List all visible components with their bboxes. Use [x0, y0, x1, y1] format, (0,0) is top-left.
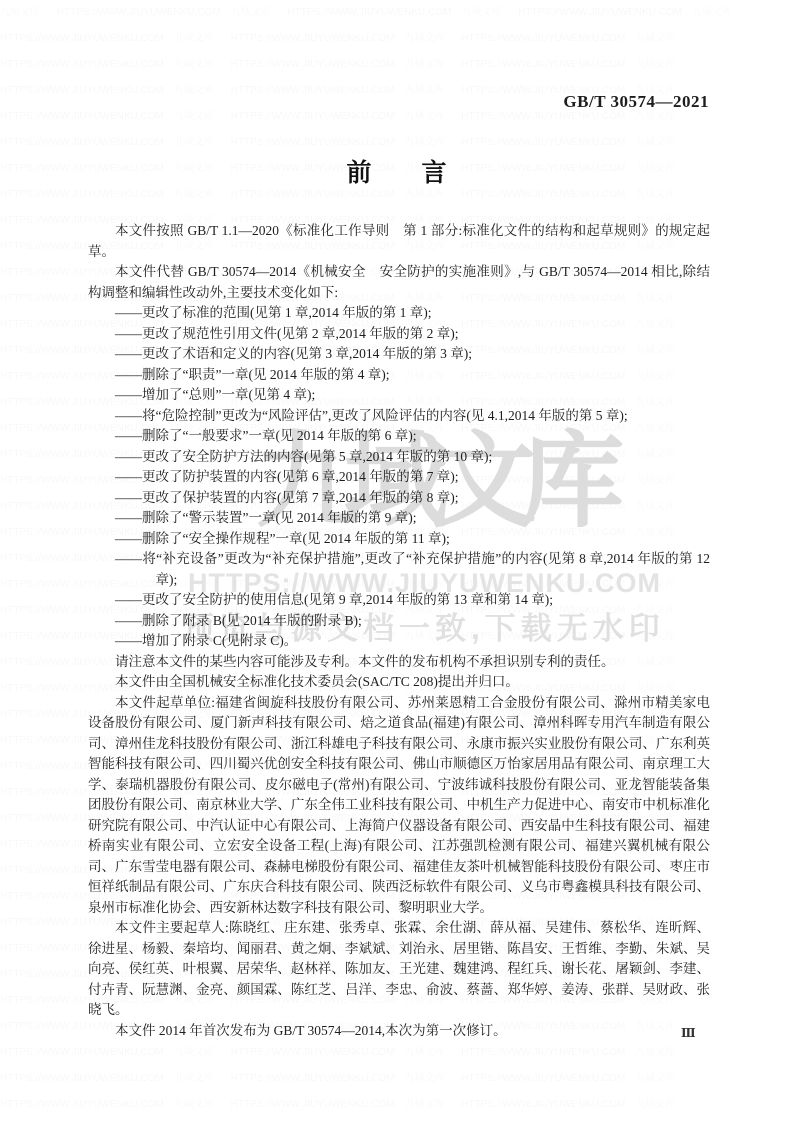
changes-list: ——更改了标准的范围(见第 1 章,2014 年版的第 1 章);——更改了规范… [88, 303, 710, 652]
paragraph: 本文件主要起草人:陈晓红、庄东建、张秀卓、张霖、余仕湖、薛从福、吴建伟、蔡松华、… [88, 918, 710, 1021]
closing-paragraphs: 请注意本文件的某些内容可能涉及专利。本文件的发布机构不承担识别专利的责任。本文件… [88, 652, 710, 1042]
standard-code-header: GB/T 30574—2021 [563, 92, 709, 112]
change-item: ——将“补充设备”更改为“补充保护措施”,更改了“补充保护措施”的内容(见第 8… [88, 549, 710, 590]
intro-paragraphs: 本文件按照 GB/T 1.1—2020《标准化工作导则 第 1 部分:标准化文件… [88, 221, 710, 303]
paragraph: 本文件代替 GB/T 30574—2014《机械安全 安全防护的实施准则》,与 … [88, 262, 710, 303]
change-item: ——更改了安全防护的使用信息(见第 9 章,2014 年版的第 13 章和第 1… [88, 590, 710, 611]
change-item: ——更改了标准的范围(见第 1 章,2014 年版的第 1 章); [88, 303, 710, 324]
change-item: ——更改了防护装置的内容(见第 6 章,2014 年版的第 7 章); [88, 467, 710, 488]
change-item: ——增加了“总则”一章(见第 4 章); [88, 385, 710, 406]
change-item: ——更改了安全防护方法的内容(见第 5 章,2014 年版的第 10 章); [88, 447, 710, 468]
page-number: Ⅲ [681, 1026, 696, 1041]
paragraph: 本文件 2014 年首次发布为 GB/T 30574—2014,本次为第一次修订… [88, 1021, 710, 1042]
paragraph: 本文件起草单位:福建省闽旋科技股份有限公司、苏州莱恩精工合金股份有限公司、滁州市… [88, 693, 710, 919]
change-item: ——删除了“职责”一章(见 2014 年版的第 4 章); [88, 365, 710, 386]
paragraph: 请注意本文件的某些内容可能涉及专利。本文件的发布机构不承担识别专利的责任。 [88, 652, 710, 673]
paragraph: 本文件由全国机械安全标准化技术委员会(SAC/TC 208)提出并归口。 [88, 672, 710, 693]
change-item: ——删除了“警示装置”一章(见 2014 年版的第 9 章); [88, 508, 710, 529]
change-item: ——删除了“一般要求”一章(见 2014 年版的第 6 章); [88, 426, 710, 447]
change-item: ——删除了附录 B(见 2014 年版的附录 B); [88, 611, 710, 632]
change-item: ——更改了术语和定义的内容(见第 3 章,2014 年版的第 3 章); [88, 344, 710, 365]
change-item: ——更改了规范性引用文件(见第 2 章,2014 年版的第 2 章); [88, 324, 710, 345]
paragraph: 本文件按照 GB/T 1.1—2020《标准化工作导则 第 1 部分:标准化文件… [88, 221, 710, 262]
change-item: ——更改了保护装置的内容(见第 7 章,2014 年版的第 8 章); [88, 488, 710, 509]
change-item: ——删除了“安全操作规程”一章(见 2014 年版的第 11 章); [88, 529, 710, 550]
change-item: ——增加了附录 C(见附录 C)。 [88, 631, 710, 652]
document-body: 本文件按照 GB/T 1.1—2020《标准化工作导则 第 1 部分:标准化文件… [88, 221, 710, 1041]
change-item: ——将“危险控制”更改为“风险评估”,更改了风险评估的内容(见 4.1,2014… [88, 406, 710, 427]
page-title: 前 言 [0, 153, 793, 189]
